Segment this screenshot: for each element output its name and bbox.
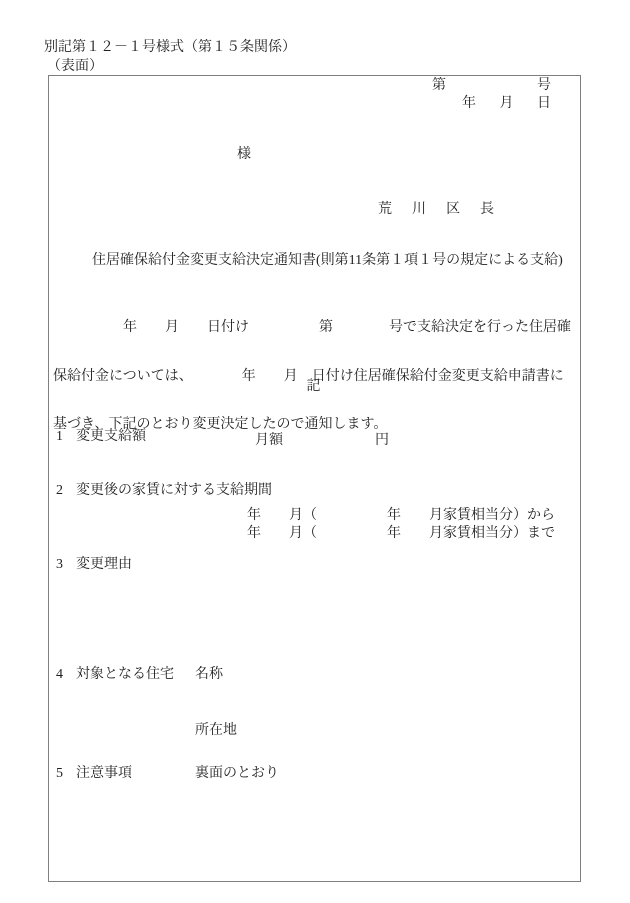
date-month-label: 月 bbox=[500, 96, 514, 111]
item-3-number: 3 bbox=[56, 557, 63, 572]
document-number-line: 第 号 bbox=[432, 78, 551, 93]
item-5-number: 5 bbox=[56, 766, 63, 781]
body-line-1: 年 月 日付け 第 号で支給決定を行った住居確 bbox=[53, 319, 573, 337]
form-page: 別記第１２－１号様式（第１５条関係） （表面） 第 号 年 月 日 様 荒 川 … bbox=[0, 0, 630, 903]
form-code-line: 別記第１２－１号様式（第１５条関係） bbox=[44, 40, 296, 55]
issuer-title: 荒 川 区 長 bbox=[378, 202, 497, 217]
record-marker: 記 bbox=[48, 379, 579, 394]
item-1-label: 変更支給額 bbox=[76, 429, 146, 444]
item-4-name-label: 名称 bbox=[195, 667, 223, 682]
item-2-number: 2 bbox=[56, 483, 63, 498]
document-title: 住居確保給付金変更支給決定通知書(則第11条第１項１号の規定による支給) bbox=[92, 253, 563, 268]
item-5-value: 裏面のとおり bbox=[195, 766, 279, 781]
item-2-period-from: 年 月（ 年 月家賃相当分）から bbox=[247, 504, 555, 524]
item-2-label: 変更後の家賃に対する支給期間 bbox=[76, 483, 272, 498]
item-1-number: 1 bbox=[56, 429, 63, 444]
item-2-period-to: 年 月（ 年 月家賃相当分）まで bbox=[247, 522, 555, 542]
document-number-prefix: 第 bbox=[432, 78, 446, 93]
item-3-label: 変更理由 bbox=[76, 557, 132, 572]
item-1-monthly-label: 月額 bbox=[255, 429, 283, 449]
addressee-honorific: 様 bbox=[237, 147, 251, 162]
date-day-label: 日 bbox=[537, 96, 551, 111]
item-4-number: 4 bbox=[56, 667, 63, 682]
face-side-label: （表面） bbox=[47, 59, 103, 74]
document-number-suffix: 号 bbox=[537, 78, 551, 93]
item-4-location-label: 所在地 bbox=[195, 719, 237, 739]
item-4-label: 対象となる住宅 bbox=[76, 667, 174, 682]
document-border-box bbox=[48, 75, 581, 882]
item-5-label: 注意事項 bbox=[76, 766, 132, 781]
item-1-yen-label: 円 bbox=[375, 429, 389, 449]
date-year-label: 年 bbox=[462, 96, 476, 111]
document-date-line: 年 月 日 bbox=[462, 96, 551, 111]
